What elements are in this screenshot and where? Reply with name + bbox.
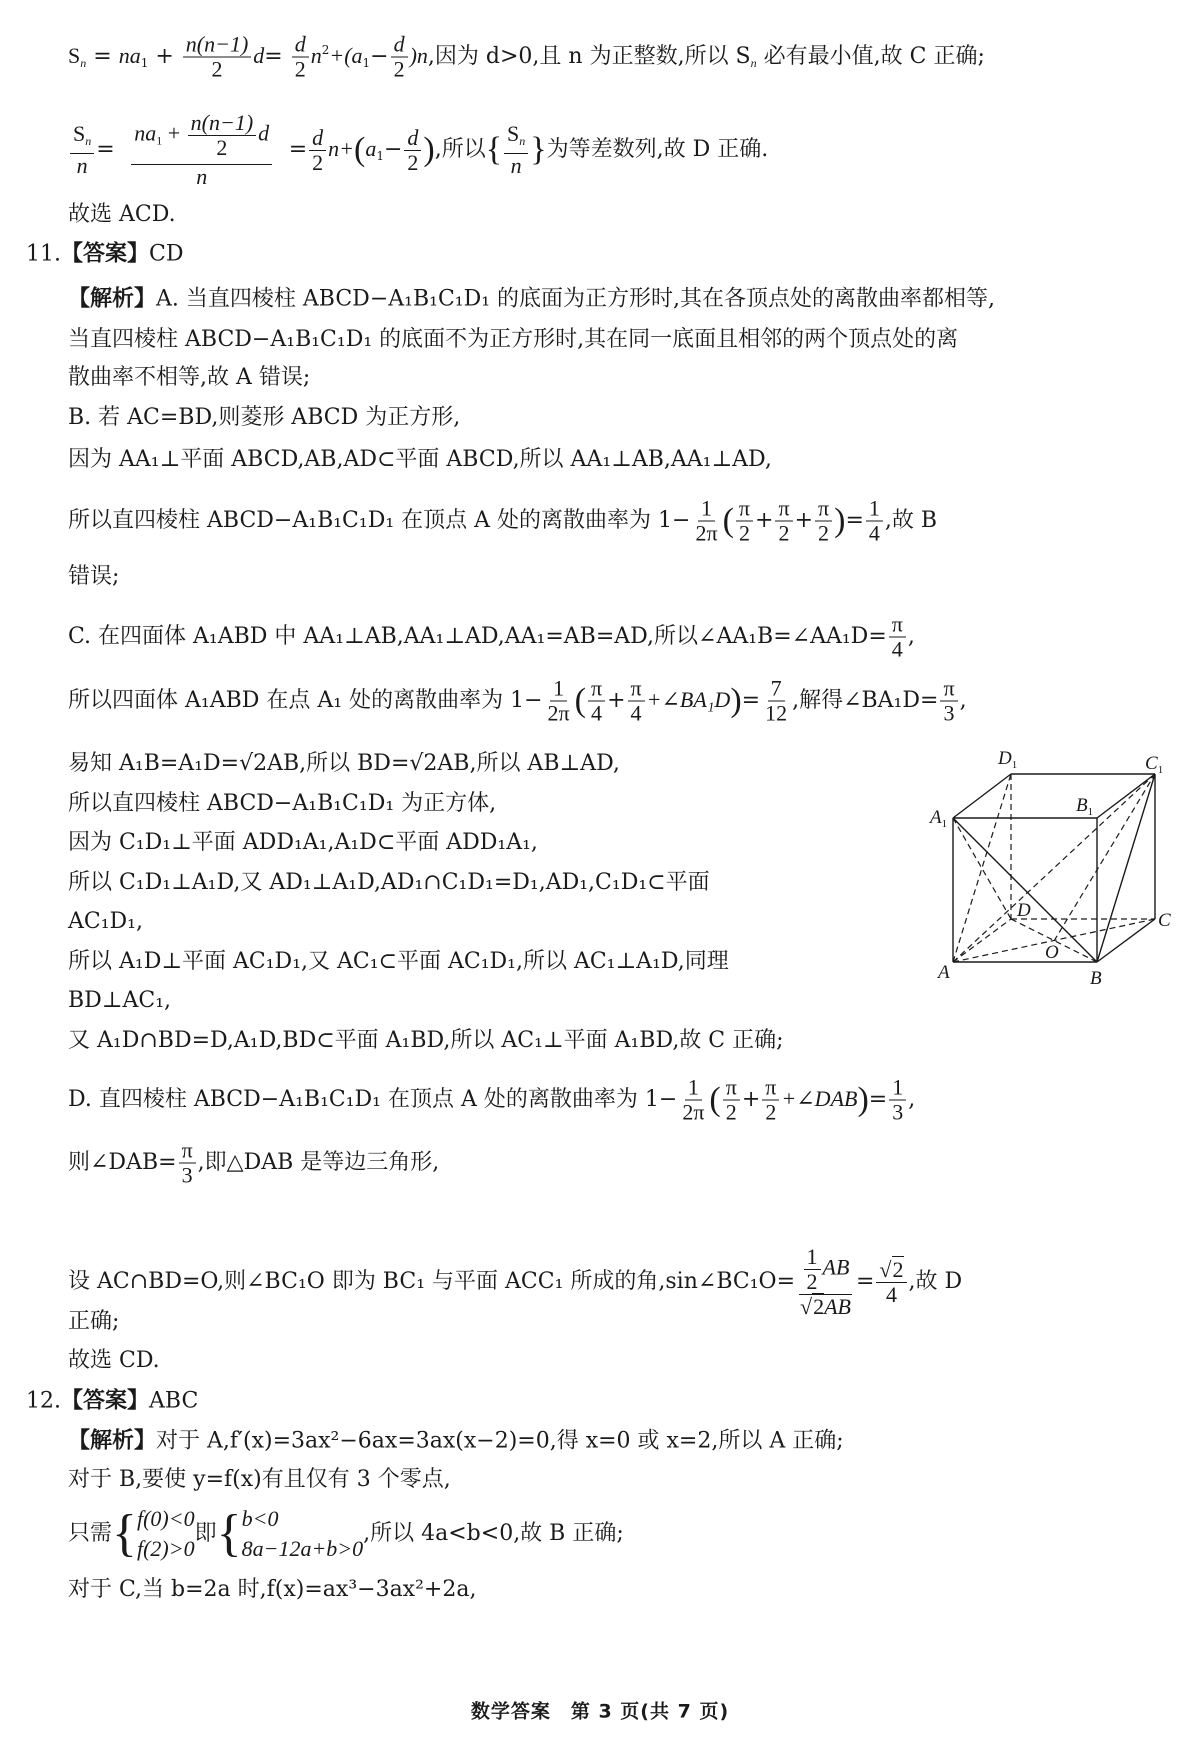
q11-analysis-line-b3: 所以直四棱柱 ABCD−A₁B₁C₁D₁ 在顶点 A 处的离散曲率为 1−12π…: [68, 497, 937, 546]
answer-label: 【答案】: [61, 1388, 149, 1414]
answer-label: 【答案】: [61, 241, 149, 267]
edge-bc: [1097, 919, 1155, 962]
cube-figure: A1 D1 B1 C1 A B C D O: [900, 740, 1190, 990]
q11-conclusion: 故选 CD.: [68, 1347, 160, 1375]
denominator: 4: [866, 522, 883, 546]
angle-term: +∠BA₁D: [647, 687, 731, 712]
minus: −: [370, 44, 388, 69]
sn-symbol: S: [68, 43, 80, 68]
q11-analysis-line-b4: 错误;: [68, 563, 119, 591]
numerator: π: [940, 677, 957, 702]
analysis-text: 对于 A,f′(x)=3ax²−6ax=3ax(x−2)=0,得 x=0 或 x…: [156, 1429, 844, 1454]
q11-analysis-line-c8: 所以 A₁D⊥平面 AC₁D₁,又 AC₁⊂平面 AC₁D₁,所以 AC₁⊥A₁…: [68, 948, 729, 976]
denominator: 2: [723, 1101, 740, 1125]
compound-fraction: na1 + n(n−1)2dn: [117, 111, 287, 189]
fraction: d2: [391, 33, 408, 82]
numerator: 12AB: [799, 1245, 853, 1295]
fraction: Snn: [70, 122, 94, 178]
q11-analysis-line-a3: 散曲率不相等,故 A 错误;: [68, 364, 310, 392]
numerator: Sn: [504, 122, 528, 154]
q11-analysis-line-c2: 所以四面体 A₁ABD 在点 A₁ 处的离散曲率为 1−12π(π4+π4+∠B…: [68, 677, 967, 726]
denominator: 4: [883, 1283, 900, 1307]
analysis-text: 所以四面体 A₁ABD 在点 A₁ 处的离散曲率为 1−: [68, 688, 543, 713]
numerator: 7: [768, 677, 785, 702]
subscript: n: [80, 56, 86, 70]
numerator: 1: [889, 1076, 906, 1101]
q12-answer-line: 12.【答案】ABC: [26, 1387, 198, 1416]
term: na: [134, 121, 156, 146]
case-system: b<08a−12a+b>0: [242, 1504, 364, 1564]
numerator: π: [723, 1076, 740, 1101]
label-c1: C1: [1145, 753, 1163, 776]
denominator: 2: [213, 136, 230, 160]
numerator: n(n−1): [183, 33, 252, 58]
numerator: d: [391, 33, 408, 58]
q11-analysis-line-d3: 设 AC∩BD=O,则∠BC₁O 即为 BC₁ 与平面 ACC₁ 所成的角,si…: [68, 1245, 962, 1319]
fraction: 12π: [692, 497, 720, 546]
question-number: 12.: [26, 1389, 61, 1414]
q11-analysis-line-a2: 当直四棱柱 ABCD−A₁B₁C₁D₁ 的底面不为正方形时,其在同一底面且相邻的…: [68, 326, 958, 354]
left-brace: {: [112, 1505, 137, 1562]
numerator: d: [292, 33, 309, 58]
fraction: 12: [804, 1245, 821, 1294]
analysis-text: ,即△DAB 是等边三角形,: [198, 1150, 440, 1175]
q11-analysis-line-c5: 因为 C₁D₁⊥平面 ADD₁A₁,A₁D⊂平面 ADD₁A₁,: [68, 829, 538, 857]
subscript: 1: [141, 56, 149, 70]
analysis-text: ,: [960, 688, 967, 713]
denominator: 2: [815, 522, 832, 546]
q12-analysis-line-b1: 对于 B,要使 y=f(x)有且仅有 3 个零点,: [68, 1466, 451, 1494]
angle-term: +∠DAB: [781, 1086, 857, 1111]
subscript: n: [85, 134, 91, 148]
denominator: 2: [776, 522, 793, 546]
denominator: 2: [309, 151, 326, 175]
numerator: π: [815, 497, 832, 522]
numerator: n(n−1): [188, 111, 257, 136]
term: AB: [824, 1294, 851, 1319]
diag-ac1: [953, 774, 1155, 962]
right-brace: }: [530, 131, 546, 168]
denominator: 4: [628, 702, 645, 726]
q11-analysis-line-c7: AC₁D₁,: [68, 908, 143, 936]
q11-analysis-line-b2: 因为 AA₁⊥平面 ABCD,AB,AD⊂平面 ABCD,所以 AA₁⊥AB,A…: [68, 446, 772, 474]
analysis-text: 则∠DAB=: [68, 1150, 177, 1175]
sn-symbol: S: [73, 121, 85, 146]
analysis-text: 设 AC∩BD=O,则∠BC₁O 即为 BC₁ 与平面 ACC₁ 所成的角,si…: [68, 1269, 795, 1294]
plus: +: [155, 44, 173, 69]
numerator: π: [775, 497, 792, 522]
numerator: na1 + n(n−1)2d: [131, 111, 272, 165]
compound-fraction: 12AB√2AB: [797, 1245, 854, 1319]
denominator: 2: [209, 58, 226, 82]
explanation-text: 为等差数列,故 D 正确.: [547, 137, 769, 162]
denominator: 4: [588, 702, 605, 726]
label-d1: D1: [997, 748, 1017, 771]
plus: +: [795, 508, 813, 533]
denominator: 4: [889, 638, 906, 662]
fraction: d2: [309, 126, 326, 175]
case-line: b<0: [242, 1504, 364, 1534]
answer-value: ABC: [149, 1389, 198, 1414]
sn-symbol: S: [507, 121, 519, 146]
q11-analysis-line-c4: 所以直四棱柱 ABCD−A₁B₁C₁D₁ 为正方体,: [68, 790, 496, 818]
edge-b1c1: [1097, 774, 1155, 818]
term: n: [311, 43, 322, 68]
right-paren: ): [834, 502, 845, 539]
q11-analysis-line-d4: 正确;: [68, 1308, 119, 1336]
q10-mean-formula-line: Snn=na1 + n(n−1)2dn=d2n+(a1−d2),所以{Snn}为…: [68, 111, 768, 189]
denominator: 2: [762, 1101, 779, 1125]
analysis-text: 只需: [68, 1521, 112, 1546]
analysis-text: A. 当直四棱柱 ABCD−A₁B₁C₁D₁ 的底面为正方形时,其在各顶点处的离…: [156, 287, 995, 312]
equals: =: [264, 44, 282, 69]
denominator: 2π: [692, 522, 720, 546]
fraction: n(n−1)2: [183, 33, 252, 82]
analysis-text: ,故 D: [909, 1269, 963, 1294]
fraction: π2: [815, 497, 832, 546]
q11-analysis-line-c3: 易知 A₁B=A₁D=√2AB,所以 BD=√2AB,所以 AB⊥AD,: [68, 750, 620, 778]
denominator: 2π: [545, 702, 573, 726]
label-a1: A1: [928, 807, 947, 830]
analysis-text: 即: [195, 1521, 217, 1546]
segment-oc1: [1054, 774, 1155, 941]
subscript: 1: [376, 149, 384, 163]
question-number: 11.: [26, 242, 61, 267]
diag-bc1: [1097, 774, 1155, 962]
fraction: π2: [723, 1076, 740, 1125]
fraction: π3: [179, 1139, 196, 1188]
q11-analysis-line-c6: 所以 C₁D₁⊥A₁D,又 AD₁⊥A₁D,AD₁∩C₁D₁=D₁,AD₁,C₁…: [68, 869, 710, 897]
q12-analysis-line-c: 对于 C,当 b=2a 时,f(x)=ax³−3ax²+2a,: [68, 1576, 476, 1604]
q12-analysis-line-b2: 只需{f(0)<0f(2)>0即{b<08a−12a+b>0,所以 4a<b<0…: [68, 1504, 624, 1564]
analysis-text: D. 直四棱柱 ABCD−A₁B₁C₁D₁ 在顶点 A 处的离散曲率为 1−: [68, 1087, 677, 1112]
numerator: 1: [550, 677, 567, 702]
radicand: 2: [892, 1256, 904, 1282]
term: n+: [328, 136, 354, 161]
explanation-text: ,所以: [435, 137, 486, 162]
analysis-text: ,: [908, 624, 915, 649]
equals: =: [845, 508, 863, 533]
q11-analysis-line-d2: 则∠DAB=π3,即△DAB 是等边三角形,: [68, 1139, 439, 1188]
numerator: 1: [866, 497, 883, 522]
analysis-text: 所以直四棱柱 ABCD−A₁B₁C₁D₁ 在顶点 A 处的离散曲率为 1−: [68, 508, 690, 533]
right-paren: ): [423, 131, 434, 168]
numerator: √2: [876, 1258, 906, 1283]
label-o: O: [1045, 942, 1059, 963]
denominator: n: [74, 154, 91, 178]
denominator: 2: [292, 58, 309, 82]
numerator: d: [309, 126, 326, 151]
fraction: Snn: [504, 122, 528, 178]
analysis-text: ,解得∠BA₁D=: [792, 688, 938, 713]
analysis-text: C. 在四面体 A₁ABD 中 AA₁⊥AB,AA₁⊥AD,AA₁=AB=AD,…: [68, 624, 887, 649]
denominator: 3: [889, 1101, 906, 1125]
right-paren: ): [730, 682, 741, 719]
numerator: Sn: [70, 122, 94, 154]
numerator: 1: [685, 1076, 702, 1101]
case-line: f(0)<0: [137, 1504, 195, 1534]
q11-analysis-line-d1: D. 直四棱柱 ABCD−A₁B₁C₁D₁ 在顶点 A 处的离散曲率为 1−12…: [68, 1076, 915, 1125]
label-d: D: [1016, 900, 1031, 921]
fraction: π4: [628, 677, 645, 726]
left-paren: (: [709, 1081, 720, 1118]
numerator: 1: [698, 497, 715, 522]
numerator: π: [628, 677, 645, 702]
fraction: n(n−1)2: [188, 111, 257, 160]
left-paren: (: [575, 682, 586, 719]
analysis-text: ,: [908, 1087, 915, 1112]
fraction: π2: [736, 497, 753, 546]
fraction: 12π: [679, 1076, 707, 1125]
answer-value: CD: [149, 242, 183, 267]
denominator: 12: [762, 702, 790, 726]
fraction: π3: [940, 677, 957, 726]
denominator: 3: [941, 702, 958, 726]
label-b1: B1: [1076, 795, 1093, 818]
term: d: [258, 121, 269, 146]
q12-analysis-line-a: 【解析】对于 A,f′(x)=3ax²−6ax=3ax(x−2)=0,得 x=0…: [68, 1427, 844, 1456]
label-b: B: [1090, 968, 1102, 989]
analysis-text: ,所以 4a<b<0,故 B 正确;: [363, 1521, 624, 1546]
fraction: d2: [292, 33, 309, 82]
case-line: 8a−12a+b>0: [242, 1534, 364, 1564]
q11-analysis-line-a1: 【解析】A. 当直四棱柱 ABCD−A₁B₁C₁D₁ 的底面为正方形时,其在各顶…: [68, 285, 995, 314]
q11-answer-line: 11.【答案】CD: [26, 240, 184, 269]
q10-conclusion: 故选 ACD.: [68, 201, 176, 229]
edge-ad: [953, 919, 1011, 962]
denominator: 2: [391, 58, 408, 82]
right-paren: ): [857, 1081, 868, 1118]
analysis-label: 【解析】: [68, 286, 156, 312]
term: na: [119, 43, 141, 68]
numerator: π: [179, 1139, 196, 1164]
denominator: √2AB: [797, 1295, 854, 1319]
radicand: 2: [812, 1293, 824, 1319]
denominator: n: [193, 165, 210, 189]
term: +(a: [329, 43, 362, 68]
fraction: 12π: [545, 677, 573, 726]
fraction: 13: [889, 1076, 906, 1125]
equals: =: [869, 1087, 887, 1112]
denominator: 3: [179, 1164, 196, 1188]
equals: =: [856, 1269, 874, 1294]
numerator: 1: [804, 1245, 821, 1270]
numerator: π: [762, 1076, 779, 1101]
denominator: 2: [736, 522, 753, 546]
fraction: d2: [404, 126, 421, 175]
q10-sum-formula-line: Sn = na1 + n(n−1)2d= d2n2+(a1−d2)n,因为 d>…: [68, 33, 985, 82]
term: d: [253, 43, 264, 68]
numerator: π: [889, 613, 906, 638]
numerator: π: [736, 497, 753, 522]
fraction: π4: [588, 677, 605, 726]
q11-analysis-line-c10: 又 A₁D∩BD=D,A₁D,BD⊂平面 A₁BD,所以 AC₁⊥平面 A₁BD…: [68, 1027, 784, 1055]
case-system: f(0)<0f(2)>0: [137, 1504, 195, 1564]
analysis-text: ,故 B: [885, 508, 937, 533]
denominator: n: [508, 154, 525, 178]
fraction: 712: [762, 677, 790, 726]
left-brace: {: [486, 131, 502, 168]
left-brace: {: [217, 1505, 242, 1562]
plus: +: [168, 121, 180, 146]
term: a: [365, 136, 376, 161]
q11-analysis-line-c9: BD⊥AC₁,: [68, 987, 171, 1015]
explanation-text: 必有最小值,故 C 正确;: [757, 44, 985, 69]
q11-analysis-line-c1: C. 在四面体 A₁ABD 中 AA₁⊥AB,AA₁⊥AD,AA₁=AB=AD,…: [68, 613, 915, 662]
subscript: 1: [156, 134, 162, 148]
minus: −: [384, 137, 402, 162]
numerator: π: [588, 677, 605, 702]
fraction: √24: [876, 1258, 906, 1307]
fraction: π2: [775, 497, 792, 546]
fraction: π4: [889, 613, 906, 662]
term: )n: [410, 43, 428, 68]
q11-analysis-line-b1: B. 若 AC=BD,则菱形 ABCD 为正方形,: [68, 404, 460, 432]
numerator: d: [404, 126, 421, 151]
fraction: π2: [762, 1076, 779, 1125]
plus: +: [755, 508, 773, 533]
denominator: 2: [804, 1270, 821, 1294]
denominator: 2: [404, 151, 421, 175]
diag-a1d: [953, 818, 1011, 919]
label-a: A: [936, 962, 950, 983]
subscript: n: [519, 134, 525, 148]
edge-a1d1: [953, 774, 1011, 818]
case-line: f(2)>0: [137, 1534, 195, 1564]
page-footer: 数学答案 第 3 页(共 7 页): [0, 1697, 1200, 1724]
term: AB: [823, 1255, 850, 1280]
label-c: C: [1158, 910, 1171, 931]
equals: =: [742, 688, 760, 713]
equals: =: [93, 44, 111, 69]
left-paren: (: [354, 131, 365, 168]
explanation-text: ,因为 d>0,且 n 为正整数,所以 S: [428, 44, 751, 69]
left-paren: (: [723, 502, 734, 539]
fraction: 14: [866, 497, 883, 546]
analysis-label: 【解析】: [68, 1428, 156, 1454]
denominator: 2π: [679, 1101, 707, 1125]
